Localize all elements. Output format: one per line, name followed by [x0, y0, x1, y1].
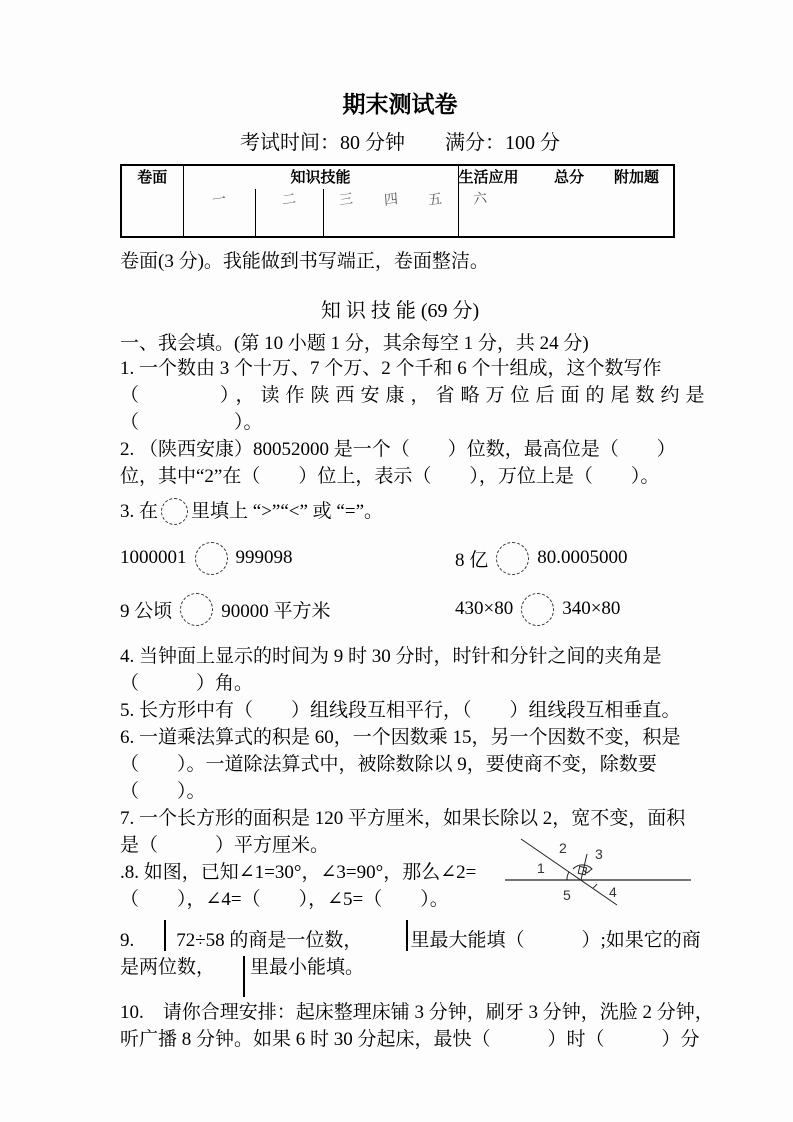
q4-line1: 4. 当钟面上显示的时间为 9 时 30 分时，时针和分针之间的夹角是 — [120, 643, 680, 670]
q3-pair-2: 8 亿80.0005000 — [455, 542, 628, 575]
q3-intro-post: 里填上 “>”“<” 或 “=”。 — [191, 501, 383, 522]
score-cell-knowledge: 知识技能 — [183, 165, 458, 189]
q7-line1: 7. 一个长方形的面积是 120 平方厘米，如果长除以 2，宽不变，面积 — [120, 805, 680, 832]
exam-info: 考试时间：80 分钟 满分：100 分 — [120, 126, 680, 155]
q3-intro: 3. 在里填上 “>”“<” 或 “=”。 — [120, 498, 680, 525]
score-cell-bonus: 附加题 — [600, 165, 674, 237]
score-label-paper: 卷面 — [137, 169, 167, 186]
q9-number: 9. — [120, 930, 134, 951]
q3-pair-4: 430×80340×80 — [455, 593, 620, 626]
part1-title: 一、我会填。(第 10 小题 1 分，其余每空 1 分，共 24 分) — [120, 328, 680, 355]
score-subcol-5: 五 — [413, 189, 458, 211]
q3-compare-row-1: 1000001999098 8 亿80.0005000 — [120, 540, 680, 576]
angle-label-2: 2 — [559, 840, 567, 856]
angle-label-5: 5 — [563, 887, 571, 903]
q3-compare-row-2: 9 公顷90000 平方米 430×80340×80 — [120, 591, 680, 627]
q1-line1: 1. 一个数由 3 个十万、7 个万、2 个千和 6 个十组成，这个数写作 — [120, 355, 680, 382]
q3-pair-3: 9 公顷90000 平方米 — [120, 593, 455, 626]
angle-label-3: 3 — [595, 846, 603, 862]
exam-paper-page: 期末测试卷 考试时间：80 分钟 满分：100 分 卷面 知识技能 生活应用 六 — [0, 0, 793, 1122]
q4-line2: （ ）角。 — [120, 670, 680, 697]
angle-label-1: 1 — [537, 860, 545, 876]
score-subcol-2: 二 — [255, 189, 323, 211]
angles-diagram: 1 2 3 4 5 — [503, 837, 693, 921]
q9-line2: 是两位数，里最小能填。 — [120, 954, 680, 981]
q6-line2: （ ）。一道除法算式中，被除数除以 9，要使商不变，除数要 — [120, 751, 680, 778]
score-subcol-4: 四 — [368, 189, 413, 211]
page-title: 期末测试卷 — [120, 86, 680, 119]
blank-box-icon — [164, 945, 165, 946]
q3-intro-pre: 3. 在 — [120, 501, 158, 522]
q6-line1: 6. 一道乘法算式的积是 60，一个因数乘 15，另一个因数不变，积是 — [120, 724, 680, 751]
score-empty-1 — [183, 211, 255, 237]
blank-circle-icon — [161, 498, 188, 525]
score-cell-application: 生活应用 六 — [458, 165, 538, 237]
paper-note: 卷面(3 分)。我能做到书写端正，卷面整洁。 — [120, 246, 680, 273]
score-label-bonus: 附加题 — [614, 169, 659, 186]
score-cell-total: 总分 — [538, 165, 600, 237]
q9-line1: 9.72÷58 的商是一位数，里最大能填（ ）;如果它的商 — [120, 927, 680, 954]
section-title: 知 识 技 能 (69 分) — [120, 294, 680, 323]
angle-label-4: 4 — [609, 884, 617, 900]
score-label-total: 总分 — [554, 169, 584, 186]
score-subcol-1: 一 — [183, 189, 255, 211]
blank-circle-icon — [180, 593, 213, 626]
q5-line1: 5. 长方形中有（ ）组线段互相平行，（ ）组线段互相垂直。 — [120, 697, 680, 724]
score-label-application: 生活应用 — [459, 166, 539, 187]
q2-line1: 2. （陕西安康）80052000 是一个（ ）位数，最高位是（ ） — [120, 436, 680, 463]
blank-circle-icon — [521, 593, 554, 626]
q1-line3: （ ）。 — [120, 409, 680, 436]
blank-box-icon — [406, 945, 407, 946]
blank-circle-icon — [496, 542, 529, 575]
q8-block: .8. 如图，已知∠1=30°，∠3=90°，那么∠2= （ ），∠4=（ ），… — [120, 859, 680, 913]
score-empty-3 — [323, 211, 458, 237]
score-table: 卷面 知识技能 生活应用 六 总分 附加题 一 二 三 — [120, 164, 675, 238]
q6-line3: （ ）。 — [120, 778, 680, 805]
q2-line2: 位，其中“2”在（ ）位上，表示（ ），万位上是（ ）。 — [120, 463, 680, 490]
score-label-knowledge: 知识技能 — [290, 169, 350, 186]
score-empty-2 — [255, 211, 323, 237]
blank-circle-icon — [195, 542, 228, 575]
q10-line1: 10. 请你合理安排：起床整理床铺 3 分钟，刷牙 3 分钟，洗脸 2 分钟， — [120, 999, 680, 1026]
blank-box-icon — [243, 972, 244, 973]
q3-pair-1: 1000001999098 — [120, 542, 455, 575]
q10-line2: 听广播 8 分钟。如果 6 时 30 分起床，最快（ ）时（ ）分 — [120, 1026, 680, 1053]
score-cell-paper: 卷面 — [121, 165, 183, 237]
score-subcol-3: 三 — [323, 189, 368, 211]
score-label-six: 六 — [472, 187, 487, 209]
page-content: 期末测试卷 考试时间：80 分钟 满分：100 分 卷面 知识技能 生活应用 六 — [120, 86, 680, 1053]
q1-line2: （ ），读作陕西安康，省略万位后面的尾数约是 — [120, 382, 680, 409]
